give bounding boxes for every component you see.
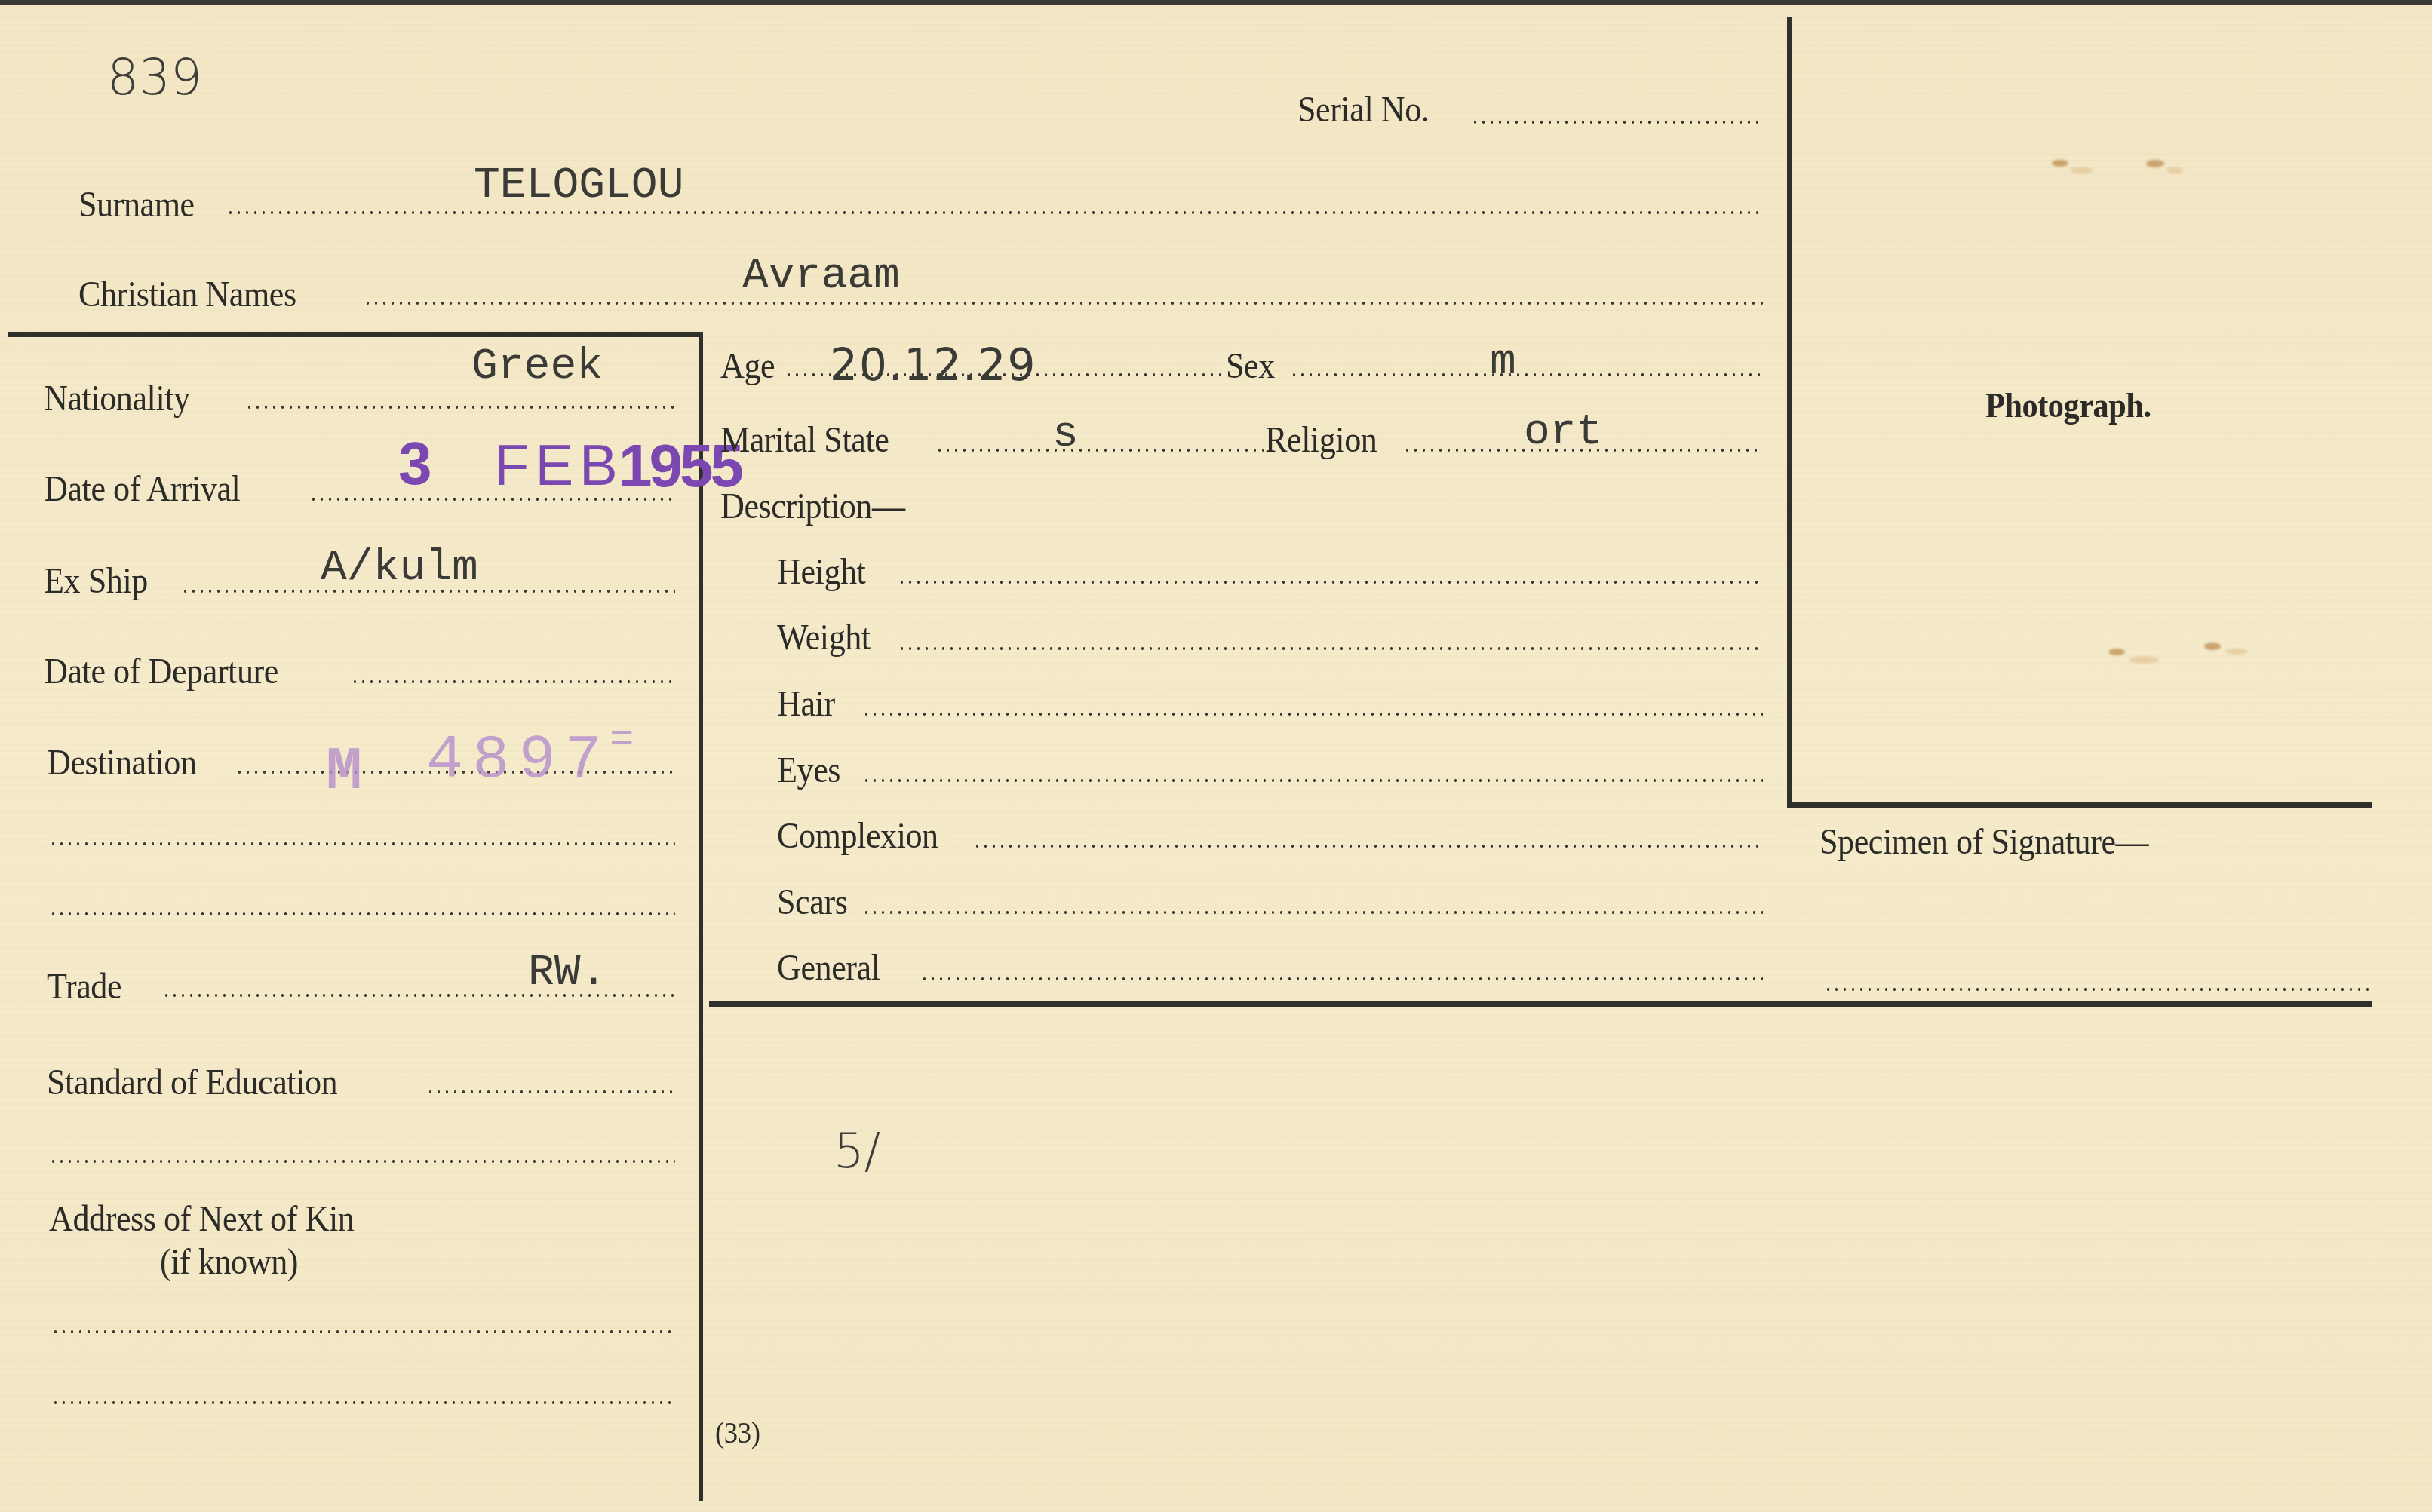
alien-registration-card: 839 Serial No. Surname TELOGLOU Christia… <box>0 0 2432 1512</box>
date-of-departure-label: Date of Departure <box>44 654 278 690</box>
ex-ship-label: Ex Ship <box>44 563 148 600</box>
weight-field[interactable] <box>898 647 1763 650</box>
trade-value[interactable]: RW. <box>528 952 606 995</box>
photograph-area[interactable] <box>1795 23 2369 799</box>
stain-mark <box>2071 167 2093 173</box>
next-of-kin-sublabel: (if known) <box>160 1244 298 1280</box>
christian-names-label: Christian Names <box>78 277 296 313</box>
form-number: (33) <box>715 1418 760 1448</box>
standard-of-education-field[interactable] <box>426 1090 675 1093</box>
handwritten-note: 5/ <box>834 1127 880 1176</box>
destination-extra-line-1[interactable] <box>49 842 675 845</box>
standard-of-education-label: Standard of Education <box>47 1065 337 1101</box>
height-label: Height <box>777 554 865 590</box>
specimen-of-signature-label: Specimen of Signature— <box>1819 824 2148 860</box>
arrival-date-stamp-day: 3 <box>398 434 432 494</box>
age-value[interactable]: 20.12.29 <box>830 343 1036 387</box>
complexion-label: Complexion <box>777 818 938 854</box>
stain-mark <box>2146 160 2164 167</box>
sex-value[interactable]: m <box>1490 341 1516 385</box>
left-box-top-rule <box>8 332 702 337</box>
weight-label: Weight <box>777 620 871 656</box>
photo-box-bottom-border <box>1789 802 2372 808</box>
scars-label: Scars <box>777 885 847 921</box>
marital-state-field-line <box>935 449 1266 452</box>
ex-ship-value[interactable]: A/kulm <box>321 547 478 590</box>
surname-field-line <box>226 211 1763 214</box>
destination-stamp-number: 4897 <box>426 730 611 792</box>
age-label: Age <box>720 348 775 385</box>
education-extra-line[interactable] <box>49 1160 675 1163</box>
trade-label: Trade <box>47 969 121 1005</box>
date-of-arrival-label: Date of Arrival <box>44 471 240 508</box>
next-of-kin-line-2[interactable] <box>51 1401 677 1404</box>
destination-stamp-suffix: = <box>610 720 634 761</box>
nationality-field-line <box>245 406 675 409</box>
destination-label: Destination <box>47 745 197 781</box>
signature-field[interactable] <box>1824 988 2371 991</box>
height-field[interactable] <box>898 581 1763 584</box>
marital-state-value[interactable]: s <box>1052 413 1079 457</box>
arrival-date-stamp-month: FEB <box>494 437 624 495</box>
scars-field[interactable] <box>862 911 1763 914</box>
serial-no-label: Serial No. <box>1297 92 1429 128</box>
eyes-label: Eyes <box>777 753 840 789</box>
complexion-field[interactable] <box>973 845 1763 848</box>
religion-value[interactable]: ort <box>1524 411 1602 455</box>
general-field[interactable] <box>920 977 1763 980</box>
marital-state-label: Marital State <box>720 422 889 459</box>
date-of-departure-field[interactable] <box>351 680 675 683</box>
nationality-value[interactable]: Greek <box>471 345 603 389</box>
stain-mark <box>2129 656 2159 664</box>
description-bottom-rule <box>709 1001 2372 1007</box>
christian-names-value[interactable]: Avraam <box>742 255 900 299</box>
eyes-field[interactable] <box>862 779 1763 782</box>
general-label: General <box>777 950 880 986</box>
card-top-edge <box>0 0 2432 5</box>
column-divider <box>699 332 703 1501</box>
stain-mark <box>2166 167 2183 173</box>
destination-stamp-prefix: M <box>326 743 362 803</box>
stain-mark <box>2108 649 2125 655</box>
next-of-kin-line-1[interactable] <box>51 1330 677 1333</box>
stain-mark <box>2225 649 2248 655</box>
nationality-label: Nationality <box>44 381 190 417</box>
stain-mark <box>2052 160 2068 167</box>
hair-label: Hair <box>777 686 835 722</box>
stain-mark <box>2204 643 2221 650</box>
serial-no-field[interactable] <box>1471 121 1763 124</box>
next-of-kin-label: Address of Next of Kin <box>49 1201 354 1238</box>
surname-value[interactable]: TELOGLOU <box>474 164 683 208</box>
christian-names-field-line <box>364 302 1763 305</box>
description-label: Description— <box>720 489 905 525</box>
destination-extra-line-2[interactable] <box>49 912 675 915</box>
photo-box-left-border <box>1787 17 1792 808</box>
surname-label: Surname <box>78 187 195 223</box>
religion-label: Religion <box>1265 422 1377 459</box>
sex-label: Sex <box>1226 348 1275 385</box>
sex-field-line <box>1290 373 1763 376</box>
card-number: 839 <box>107 53 202 103</box>
hair-field[interactable] <box>862 713 1763 716</box>
